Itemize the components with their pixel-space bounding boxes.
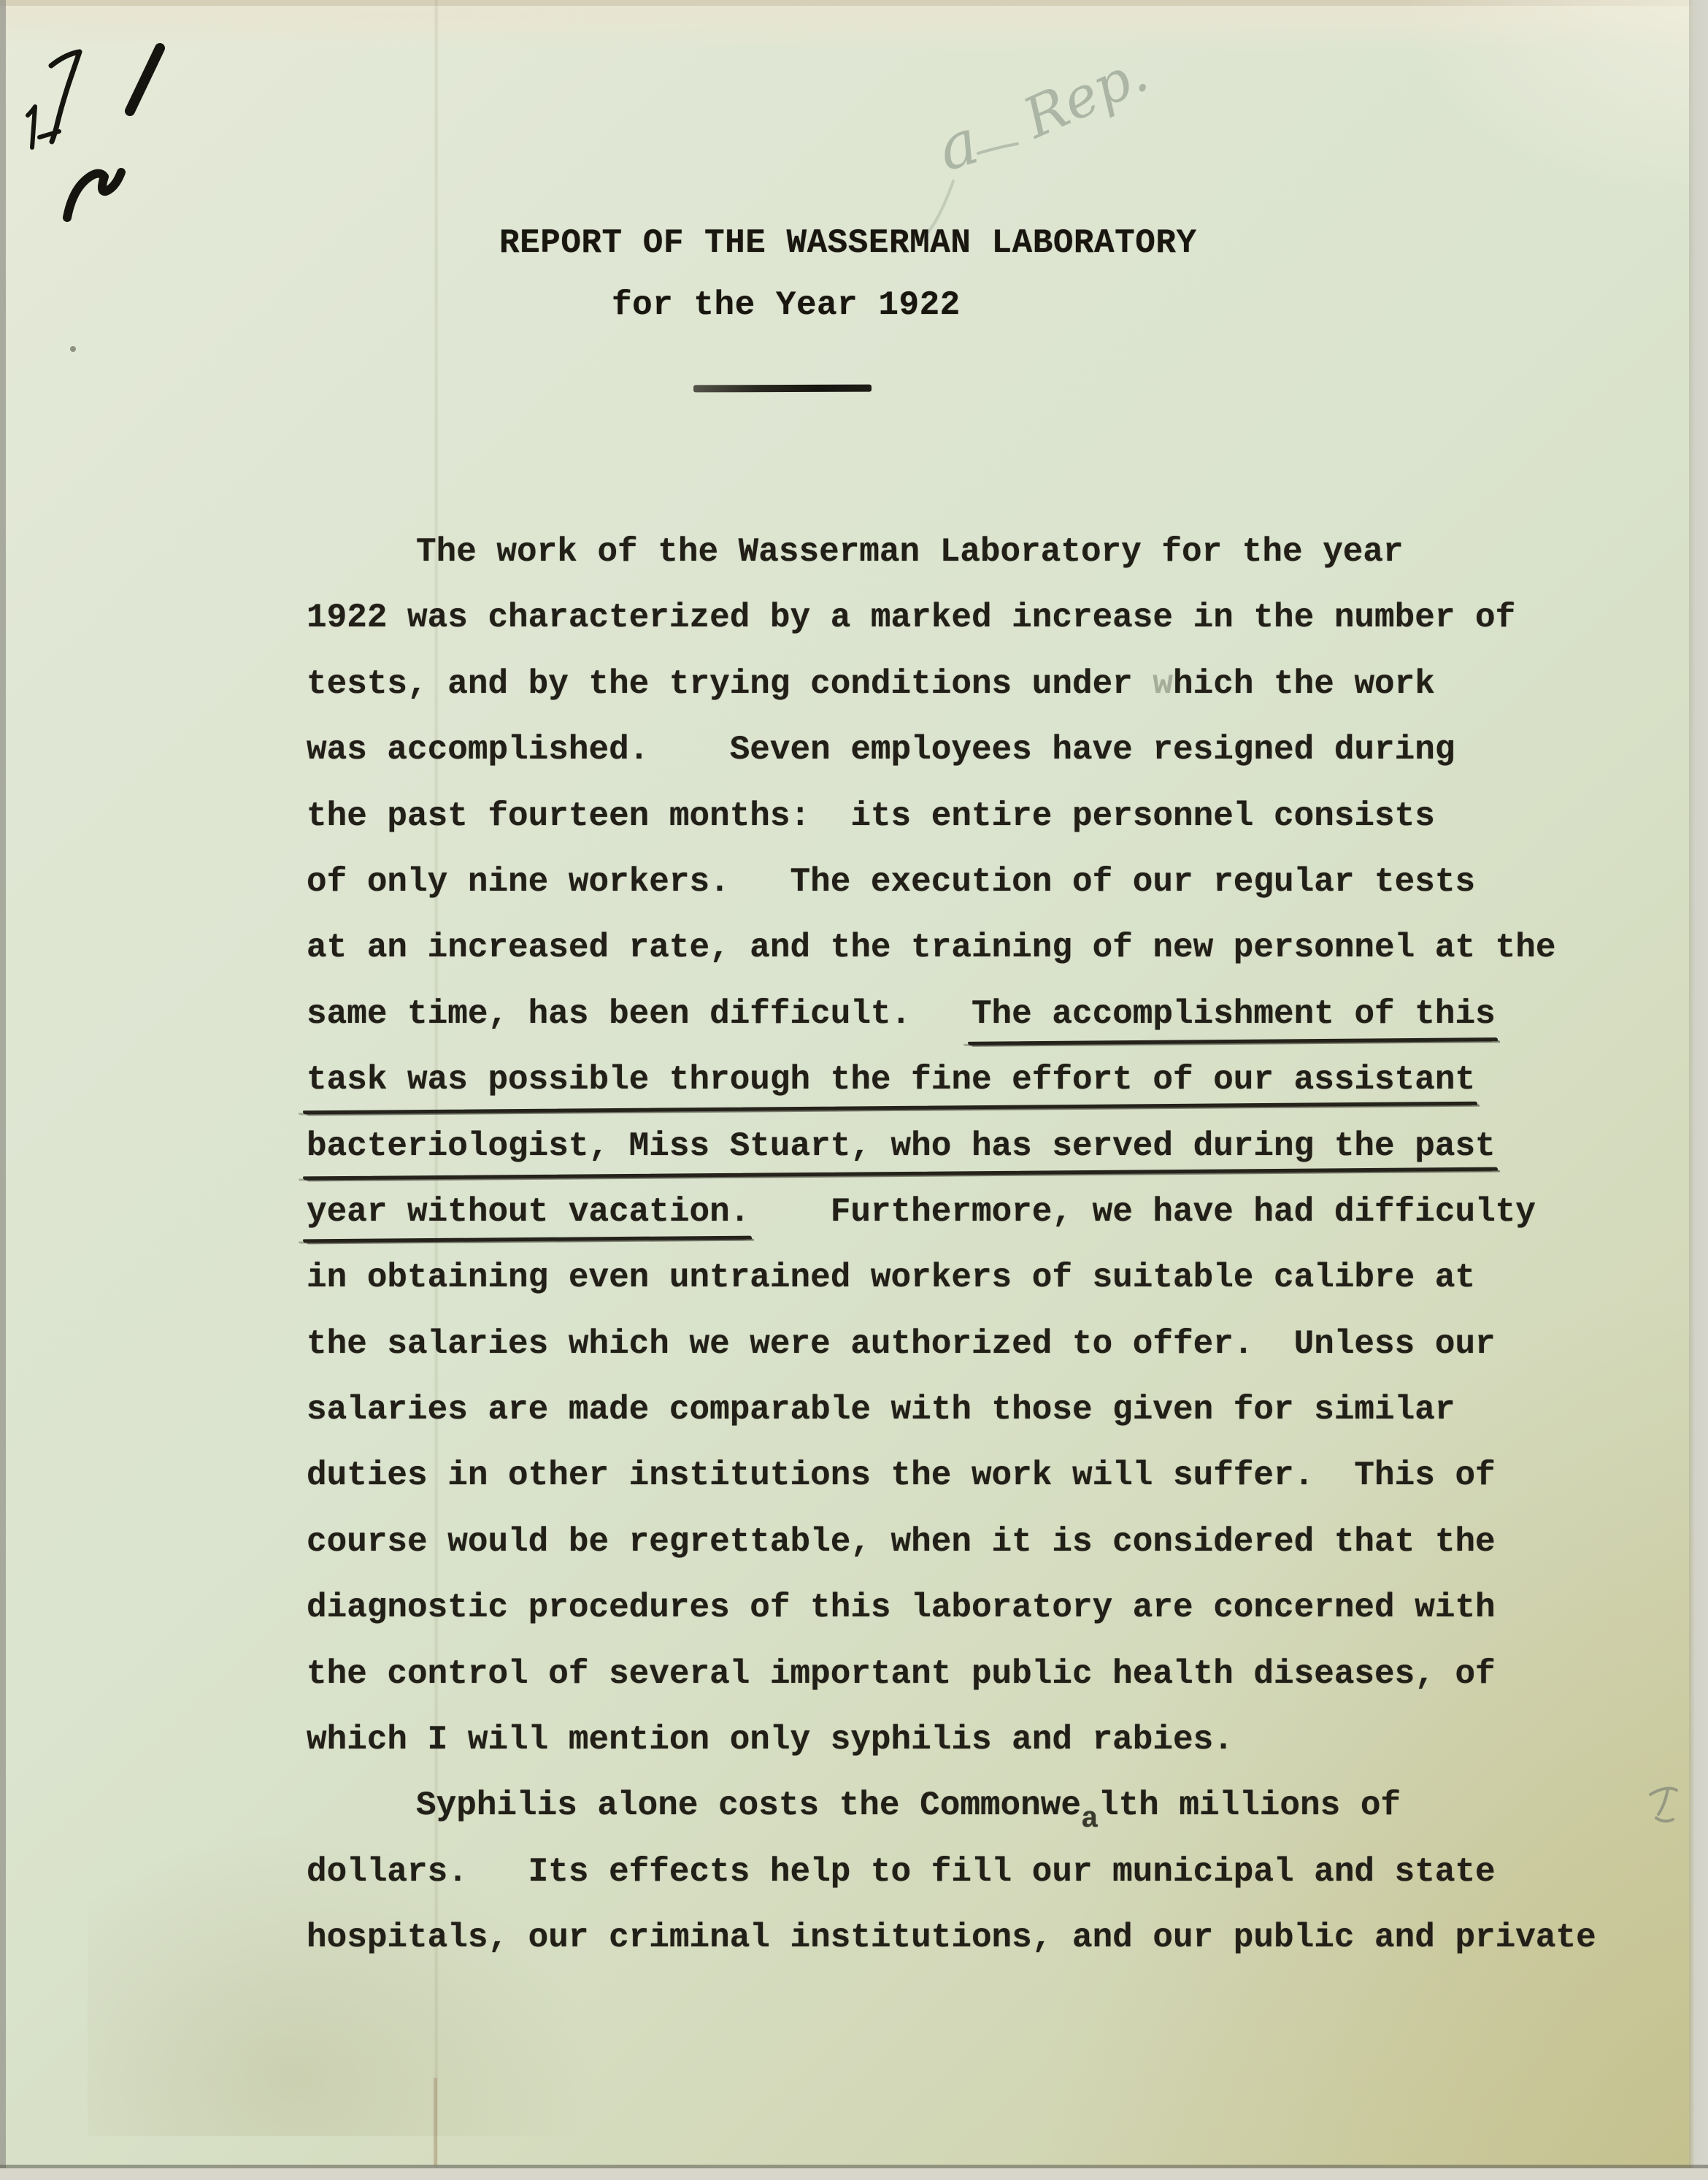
text-line: 1922 was characterized by a marked incre… (307, 585, 1596, 650)
text-line: The work of the Wasserman Laboratory for… (307, 519, 1596, 585)
text-segment: was accomplished. Seven employees have r… (307, 717, 1455, 783)
text-segment: hospitals, our criminal institutions, an… (307, 1905, 1596, 1970)
text-line: same time, has been difficult. The accom… (307, 981, 1596, 1047)
text-line: in obtaining even untrained workers of s… (307, 1245, 1596, 1310)
text-segment: Syphilis alone costs the Commonwe (416, 1773, 1081, 1838)
text-segment: the salaries which we were authorized to… (307, 1311, 1496, 1377)
pencil-note-word: Rep. (1012, 64, 1157, 151)
text-segment: same time, has been difficult. (307, 981, 972, 1047)
document-title: REPORT OF THE WASSERMAN LABORATORY (499, 221, 1197, 265)
edge-pencil-mark (1637, 1773, 1696, 1838)
underlined-text-segment: task was possible through the fine effor… (307, 1047, 1475, 1113)
text-segment: of only nine workers. The execution of o… (307, 849, 1475, 915)
text-segment: at an increased rate, and the training o… (307, 915, 1555, 980)
text-segment: 1922 was characterized by a marked incre… (307, 585, 1515, 650)
scanned-document-page: a Rep. REPORT OF THE WASSERMAN LABORATOR… (0, 0, 1708, 2180)
text-segment: lth millions of (1099, 1773, 1401, 1838)
paper-top-band (0, 0, 1708, 51)
title-divider-rule (693, 385, 872, 393)
scan-left-edge (0, 0, 6, 2180)
pencil-note-word: a (930, 105, 986, 185)
text-line: duties in other institutions the work wi… (307, 1443, 1596, 1508)
text-segment: w (1153, 651, 1173, 717)
text-segment: Furthermore, we have had difficulty (750, 1179, 1536, 1245)
text-line: the salaries which we were authorized to… (307, 1311, 1596, 1377)
text-segment: in obtaining even untrained workers of s… (307, 1245, 1475, 1310)
text-line: diagnostic procedures of this laboratory… (307, 1575, 1596, 1640)
paper-crease-bottom (434, 2078, 437, 2165)
text-segment: The work of the Wasserman Laboratory for… (416, 519, 1404, 585)
text-line: course would be regrettable, when it is … (307, 1509, 1596, 1575)
text-line: year without vacation. Furthermore, we h… (307, 1179, 1596, 1245)
document-subtitle: for the Year 1922 (612, 283, 961, 327)
scan-right-edge (1689, 0, 1708, 2180)
text-line: at an increased rate, and the training o… (307, 915, 1596, 980)
ink-dot (70, 346, 76, 352)
underlined-text-segment: year without vacation. (307, 1179, 750, 1245)
scan-bottom-shadow (0, 2165, 1708, 2168)
text-line: dollars. Its effects help to fill our mu… (307, 1839, 1596, 1905)
document-body: The work of the Wasserman Laboratory for… (307, 519, 1596, 1971)
text-segment: diagnostic procedures of this laboratory… (307, 1575, 1496, 1640)
scan-top-edge (0, 0, 1708, 6)
pen-archival-mark (6, 29, 174, 263)
text-segment: the past fourteen months: its entire per… (307, 783, 1435, 849)
text-segment: which I will mention only syphilis and r… (307, 1707, 1234, 1773)
text-segment: dollars. Its effects help to fill our mu… (307, 1839, 1496, 1905)
text-line: Syphilis alone costs the Commonwealth mi… (307, 1773, 1596, 1838)
scan-bottom-edge (0, 2168, 1708, 2180)
text-line: tests, and by the trying conditions unde… (307, 651, 1596, 717)
text-line: bacteriologist, Miss Stuart, who has ser… (307, 1113, 1596, 1179)
text-line: which I will mention only syphilis and r… (307, 1707, 1596, 1773)
text-line: hospitals, our criminal institutions, an… (307, 1905, 1596, 1970)
text-segment: duties in other institutions the work wi… (307, 1443, 1496, 1508)
underlined-text-segment: bacteriologist, Miss Stuart, who has ser… (307, 1113, 1496, 1179)
text-segment: the control of several important public … (307, 1641, 1496, 1707)
text-line: the control of several important public … (307, 1641, 1596, 1707)
text-segment: tests, and by the trying conditions unde… (307, 651, 1153, 717)
text-segment: salaries are made comparable with those … (307, 1377, 1455, 1443)
paper-corner-highlight (1401, 0, 1708, 219)
text-segment: course would be regrettable, when it is … (307, 1509, 1496, 1575)
text-line: salaries are made comparable with those … (307, 1377, 1596, 1443)
text-line: task was possible through the fine effor… (307, 1047, 1596, 1113)
text-line: the past fourteen months: its entire per… (307, 783, 1596, 849)
text-line: was accomplished. Seven employees have r… (307, 717, 1596, 783)
text-segment: hich the work (1173, 651, 1435, 717)
text-line: of only nine workers. The execution of o… (307, 849, 1596, 915)
underlined-text-segment: The accomplishment of this (972, 981, 1496, 1047)
